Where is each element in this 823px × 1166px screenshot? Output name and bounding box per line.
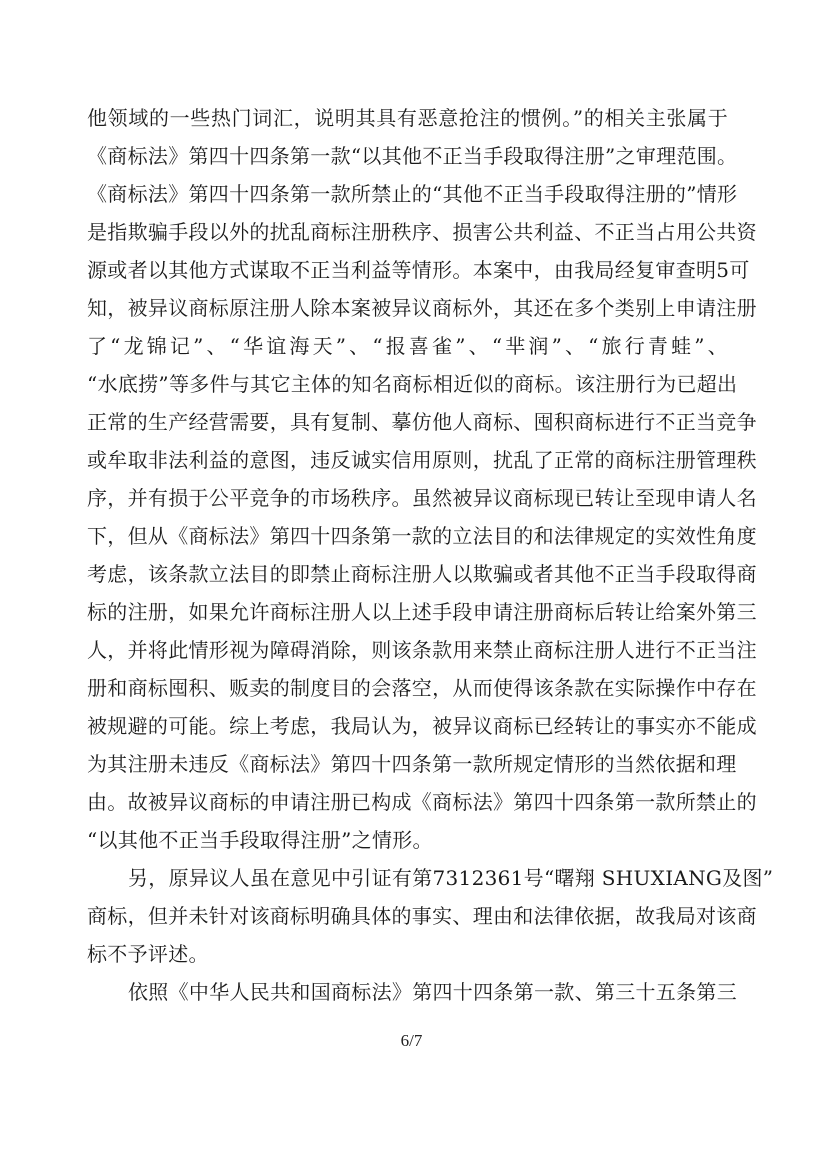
text-line: 他领域的一些热门词汇，说明其具有恶意抢注的惯例。”的相关主张属于 — [87, 99, 728, 137]
document-body: 他领域的一些热门词汇，说明其具有恶意抢注的惯例。”的相关主张属于 《商标法》第四… — [87, 99, 728, 1011]
text-line: 被规避的可能。综上考虑，我局认为，被异议商标已经转让的事实亦不能成 — [87, 707, 728, 745]
text-line: 标的注册，如果允许商标注册人以上述手段申请注册商标后转让给案外第三 — [87, 593, 728, 631]
paragraph-3: 依照《中华人民共和国商标法》第四十四条第一款、第三十五条第三 — [87, 973, 728, 1011]
text-line: 了“龙锦记”、“华谊海天”、“报喜雀”、“芈润”、“旅行青蛙”、 — [87, 327, 728, 365]
text-line: 正常的生产经营需要，具有复制、摹仿他人商标、囤积商标进行不正当竞争 — [87, 403, 728, 441]
text-line: 为其注册未违反《商标法》第四十四条第一款所规定情形的当然依据和理 — [87, 745, 728, 783]
text-line: 源或者以其他方式谋取不正当利益等情形。本案中，由我局经复审查明5可 — [87, 251, 728, 289]
paragraph-2: 另，原异议人虽在意见中引证有第7312361号“曙翔 SHUXIANG及图” 商… — [87, 859, 728, 973]
text-line: 另，原异议人虽在意见中引证有第7312361号“曙翔 SHUXIANG及图” — [87, 859, 728, 897]
text-line: 或牟取非法利益的意图，违反诚实信用原则，扰乱了正常的商标注册管理秩 — [87, 441, 728, 479]
text-line: 《商标法》第四十四条第一款所禁止的“其他不正当手段取得注册的”情形 — [87, 175, 728, 213]
text-line: 序，并有损于公平竞争的市场秩序。虽然被异议商标现已转让至现申请人名 — [87, 479, 728, 517]
text-line: “以其他不正当手段取得注册”之情形。 — [87, 821, 728, 859]
paragraph-1: 他领域的一些热门词汇，说明其具有恶意抢注的惯例。”的相关主张属于 《商标法》第四… — [87, 99, 728, 859]
text-line: 由。故被异议商标的申请注册已构成《商标法》第四十四条第一款所禁止的 — [87, 783, 728, 821]
text-line: 考虑，该条款立法目的即禁止商标注册人以欺骗或者其他不正当手段取得商 — [87, 555, 728, 593]
text-line: 人，并将此情形视为障碍消除，则该条款用来禁止商标注册人进行不正当注 — [87, 631, 728, 669]
page-number: 6/7 — [0, 1031, 823, 1051]
text-line: 册和商标囤积、贩卖的制度目的会落空，从而使得该条款在实际操作中存在 — [87, 669, 728, 707]
text-line: 是指欺骗手段以外的扰乱商标注册秩序、损害公共利益、不正当占用公共资 — [87, 213, 728, 251]
text-line: 下，但从《商标法》第四十四条第一款的立法目的和法律规定的实效性角度 — [87, 517, 728, 555]
document-page: 他领域的一些热门词汇，说明其具有恶意抢注的惯例。”的相关主张属于 《商标法》第四… — [0, 0, 823, 1166]
text-line: 《商标法》第四十四条第一款“以其他不正当手段取得注册”之审理范围。 — [87, 137, 728, 175]
text-line: 标不予评述。 — [87, 935, 728, 973]
text-line: “水底捞”等多件与其它主体的知名商标相近似的商标。该注册行为已超出 — [87, 365, 728, 403]
text-line: 依照《中华人民共和国商标法》第四十四条第一款、第三十五条第三 — [87, 973, 728, 1011]
text-line: 知，被异议商标原注册人除本案被异议商标外，其还在多个类别上申请注册 — [87, 289, 728, 327]
text-line: 商标，但并未针对该商标明确具体的事实、理由和法律依据，故我局对该商 — [87, 897, 728, 935]
